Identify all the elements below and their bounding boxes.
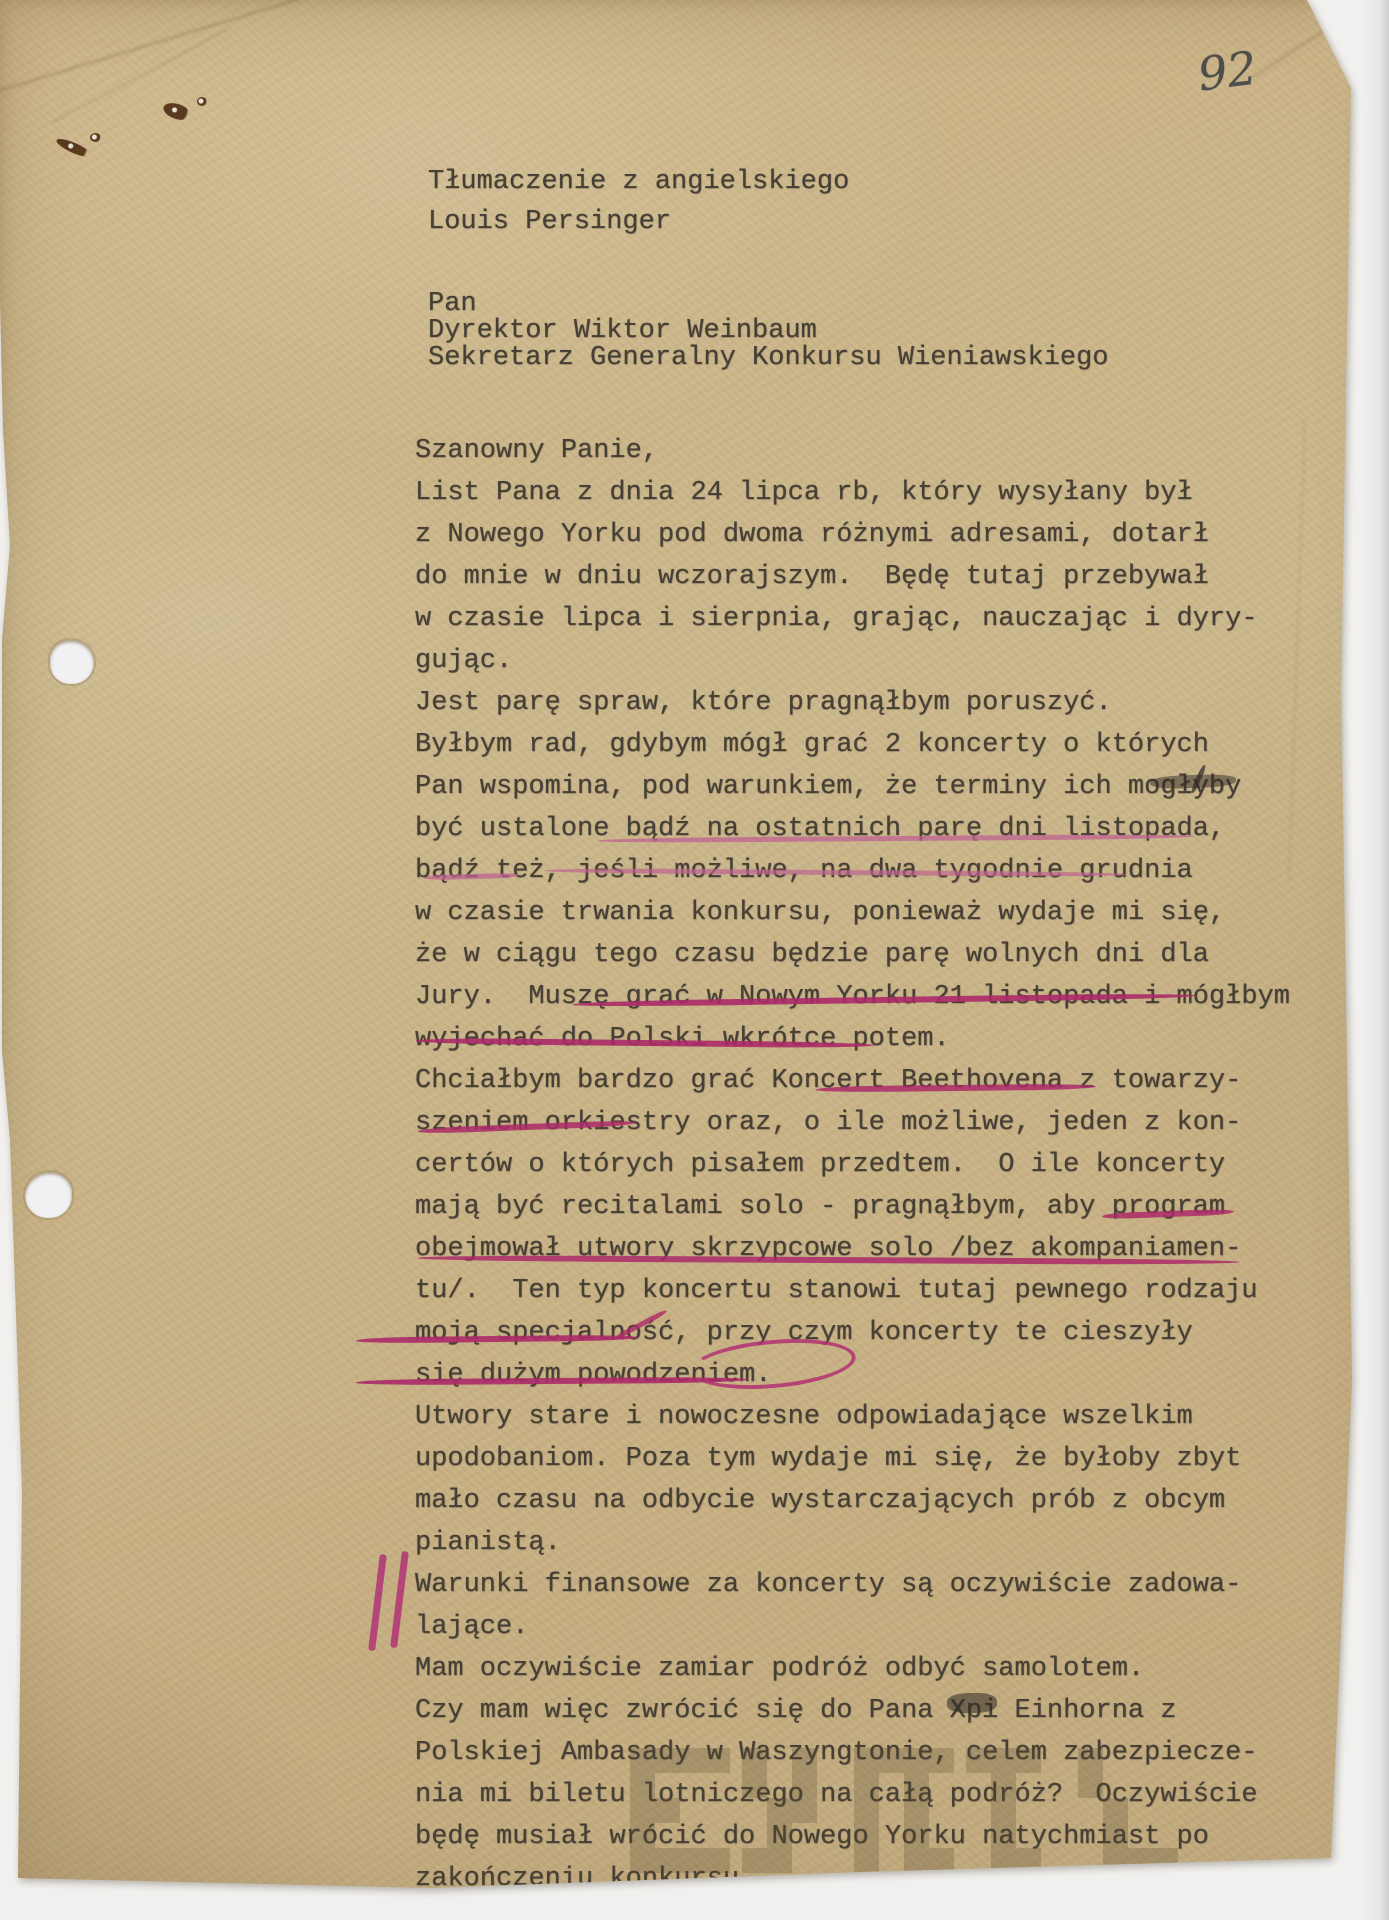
typed-line: Tłumaczenie z angielskiego <box>428 162 849 202</box>
watermark-block <box>792 1773 817 1798</box>
paper-shadow-wrap: Tłumaczenie z angielskiegoLouis Persinge… <box>0 0 1389 1920</box>
watermark-block <box>904 1773 929 1798</box>
margin-emphasis-bar <box>390 1551 409 1648</box>
rust-stain <box>90 133 101 142</box>
watermark-block <box>767 1823 792 1848</box>
typed-line: Chciałbym bardzo grać Koncert Beethovena… <box>415 1060 1290 1102</box>
watermark-block <box>1016 1748 1041 1773</box>
typed-line: Pan wspomina, pod warunkiem, że terminy … <box>415 766 1290 808</box>
typed-line: będę musiał wrócić do Nowego Yorku natyc… <box>415 1816 1290 1858</box>
typed-line: w czasie lipca i sierpnia, grając, naucz… <box>415 598 1290 640</box>
watermark-block <box>680 1748 705 1773</box>
watermark-block <box>630 1823 655 1848</box>
typed-line: Pan <box>428 291 1109 318</box>
watermark-block <box>991 1823 1016 1848</box>
typed-line: Jest parę spraw, które pragnąłbym porusz… <box>415 682 1290 724</box>
typed-line: mają być recitalami solo - pragnąłbym, a… <box>415 1186 1290 1228</box>
watermark-block <box>705 1748 730 1773</box>
ink-overstrike <box>1150 774 1236 790</box>
typed-line: obejmował utwory skrzypcowe solo /bez ak… <box>415 1228 1290 1270</box>
watermark-block <box>854 1848 879 1873</box>
typed-line: certów o których pisałem przedtem. O ile… <box>415 1144 1290 1186</box>
ink-underline <box>416 1038 874 1049</box>
paper-crease-line <box>0 0 323 93</box>
watermark-block <box>991 1773 1016 1798</box>
rust-stain <box>197 97 207 106</box>
typed-line: do mnie w dniu wczorajszym. Będę tutaj p… <box>415 556 1290 598</box>
typed-line: być ustalone bądź na ostatnich parę dni … <box>415 808 1290 850</box>
watermark-block <box>991 1848 1016 1873</box>
watermark-block <box>655 1848 680 1873</box>
watermark-block <box>1153 1848 1178 1873</box>
watermark-block <box>792 1748 817 1773</box>
rust-stain <box>55 136 94 161</box>
watermark-block <box>1103 1848 1128 1873</box>
ink-underline <box>614 1309 668 1341</box>
typed-line: gując. <box>415 640 1290 682</box>
punch-hole-bottom <box>25 1172 72 1218</box>
watermark-block <box>854 1773 879 1798</box>
watermark-block <box>991 1798 1016 1823</box>
typed-line: bądź też, jeśli możliwe, na dwa tygodnie… <box>415 850 1290 892</box>
typed-line: upodobaniom. Poza tym wydaje mi się, że … <box>415 1438 1290 1480</box>
watermark-block <box>630 1798 655 1823</box>
typed-line: Mam oczywiście zamiar podróż odbyć samol… <box>415 1648 1290 1690</box>
watermark-block <box>904 1848 929 1873</box>
typed-line: Dyrektor Wiktor Weinbaum <box>428 318 1109 345</box>
ink-underline <box>1102 1209 1234 1220</box>
watermark-block <box>792 1798 817 1823</box>
typed-line: List Pana z dnia 24 lipca rb, który wysy… <box>415 472 1290 514</box>
typed-line: tu/. Ten typ koncertu stanowi tutaj pewn… <box>415 1270 1290 1312</box>
watermark-block <box>1103 1798 1128 1823</box>
watermark-block <box>854 1748 879 1773</box>
watermark-block <box>1016 1848 1041 1873</box>
watermark-block <box>1128 1848 1153 1873</box>
typed-line: w czasie trwania konkursu, ponieważ wyda… <box>415 892 1290 934</box>
typed-line: Warunki finansowe za koncerty są oczywiś… <box>415 1564 1290 1606</box>
typed-line: nia mi biletu lotniczego na całą podróż?… <box>415 1774 1290 1816</box>
watermark-block <box>1078 1748 1103 1773</box>
typed-line: Polskiej Ambasady w Waszyngtonie, celem … <box>415 1732 1290 1774</box>
typed-line: Czy mam więc zwrócić się do Pana Xpi Ein… <box>415 1690 1290 1732</box>
typed-line: Szanowny Panie, <box>415 430 1290 472</box>
watermark-block <box>655 1798 680 1823</box>
watermark-block <box>991 1748 1016 1773</box>
rust-stain <box>161 100 192 123</box>
watermark-block <box>742 1848 767 1873</box>
typed-line: Jury. Muszę grać w Nowym Yorku 21 listop… <box>415 976 1290 1018</box>
ink-underline <box>418 1255 1240 1265</box>
ink-underline <box>545 868 1127 877</box>
ink-underline <box>598 834 1195 843</box>
typed-line: zakończeniu konkursu. <box>415 1858 1290 1900</box>
watermark-block <box>742 1773 767 1798</box>
watermark-block <box>767 1848 792 1873</box>
paper-sheet: Tłumaczenie z angielskiegoLouis Persinge… <box>0 0 1389 1920</box>
watermark-block <box>630 1748 655 1773</box>
ink-underline <box>816 1084 1096 1093</box>
pen-loop-swoosh <box>688 1333 858 1395</box>
ink-underline <box>356 1377 748 1386</box>
ink-underline <box>418 1120 636 1134</box>
watermark-block <box>879 1748 904 1773</box>
typed-line: Louis Persinger <box>428 202 849 242</box>
ink-overstrike <box>947 1693 997 1714</box>
ink-underline <box>356 1335 638 1344</box>
addressee-block: PanDyrektor Wiktor WeinbaumSekretarz Gen… <box>428 291 1109 372</box>
paper-crease-line <box>1288 420 1306 880</box>
watermark-block <box>904 1823 929 1848</box>
watermark-block <box>630 1773 655 1798</box>
typed-line: Utwory stare i nowoczesne odpowiadające … <box>415 1396 1290 1438</box>
watermark-block <box>705 1848 730 1873</box>
paper-crease-line <box>51 28 229 124</box>
typed-line: szeniem orkiestry oraz, o ile możliwe, j… <box>415 1102 1290 1144</box>
punch-hole-top <box>50 640 94 684</box>
typed-line: się dużym powodzeniem. <box>415 1354 1290 1396</box>
watermark-block <box>630 1848 655 1873</box>
typed-line: pianistą. <box>415 1522 1290 1564</box>
watermark-block <box>929 1748 954 1773</box>
watermark-block <box>854 1823 879 1848</box>
margin-emphasis-bar <box>368 1554 387 1651</box>
typed-line: moją specjalność, przy czym koncerty te … <box>415 1312 1290 1354</box>
handwritten-page-number: 92 <box>1195 41 1260 102</box>
typed-line: mało czasu na odbycie wystarczających pr… <box>415 1480 1290 1522</box>
ink-overstrike <box>1190 764 1207 793</box>
watermark-block <box>904 1798 929 1823</box>
ink-underline <box>573 993 1197 1008</box>
scanned-letter-page: Tłumaczenie z angielskiegoLouis Persinge… <box>0 0 1389 1920</box>
watermark-block <box>854 1798 879 1823</box>
watermark-block <box>1103 1823 1128 1848</box>
typed-line: wyjechać do Polski wkrótce potem. <box>415 1018 1290 1060</box>
watermark-block <box>655 1748 680 1773</box>
watermark-block <box>767 1798 792 1823</box>
ink-underline <box>424 873 519 880</box>
scan-edge-strip <box>1379 0 1389 1920</box>
translation-header: Tłumaczenie z angielskiegoLouis Persinge… <box>428 162 849 242</box>
typed-line: Sekretarz Generalny Konkursu Wieniawskie… <box>428 345 1109 372</box>
watermark-block <box>904 1748 929 1773</box>
letter-body: Szanowny Panie,List Pana z dnia 24 lipca… <box>415 430 1290 1900</box>
typed-line: Byłbym rad, gdybym mógł grać 2 koncerty … <box>415 724 1290 766</box>
typed-line: że w ciągu tego czasu będzie parę wolnyc… <box>415 934 1290 976</box>
watermark-block <box>966 1748 991 1773</box>
watermark-block <box>742 1748 767 1773</box>
watermark-block <box>680 1848 705 1873</box>
watermark-block <box>1078 1773 1103 1798</box>
paper-crease-line <box>1248 2 1367 81</box>
typed-line: lające. <box>415 1606 1290 1648</box>
watermark-block <box>929 1848 954 1873</box>
typed-line: z Nowego Yorku pod dwoma różnymi adresam… <box>415 514 1290 556</box>
